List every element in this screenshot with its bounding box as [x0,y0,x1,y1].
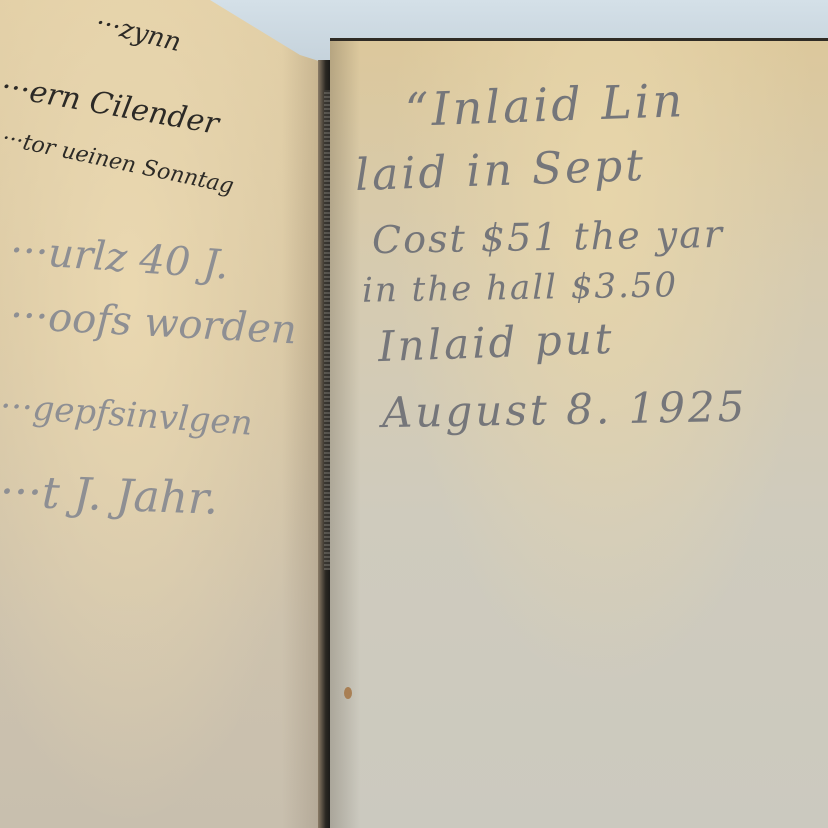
right-line-2: laid in Sept [354,140,647,201]
left-line-7: ···t J. Jahr. [0,466,219,525]
right-line-1: “Inlaid Lin [404,73,686,137]
right-line-5: Inlaid put [377,314,615,371]
right-line-3: Cost $51 the yar [372,212,725,262]
right-line-4: in the hall $3.50 [362,265,679,311]
right-line-6: August 8. 1925 [382,382,748,437]
foxing-spot [344,687,352,699]
book-photo: ···zynn ···ern Cilender ···tor ueinen So… [0,0,828,828]
